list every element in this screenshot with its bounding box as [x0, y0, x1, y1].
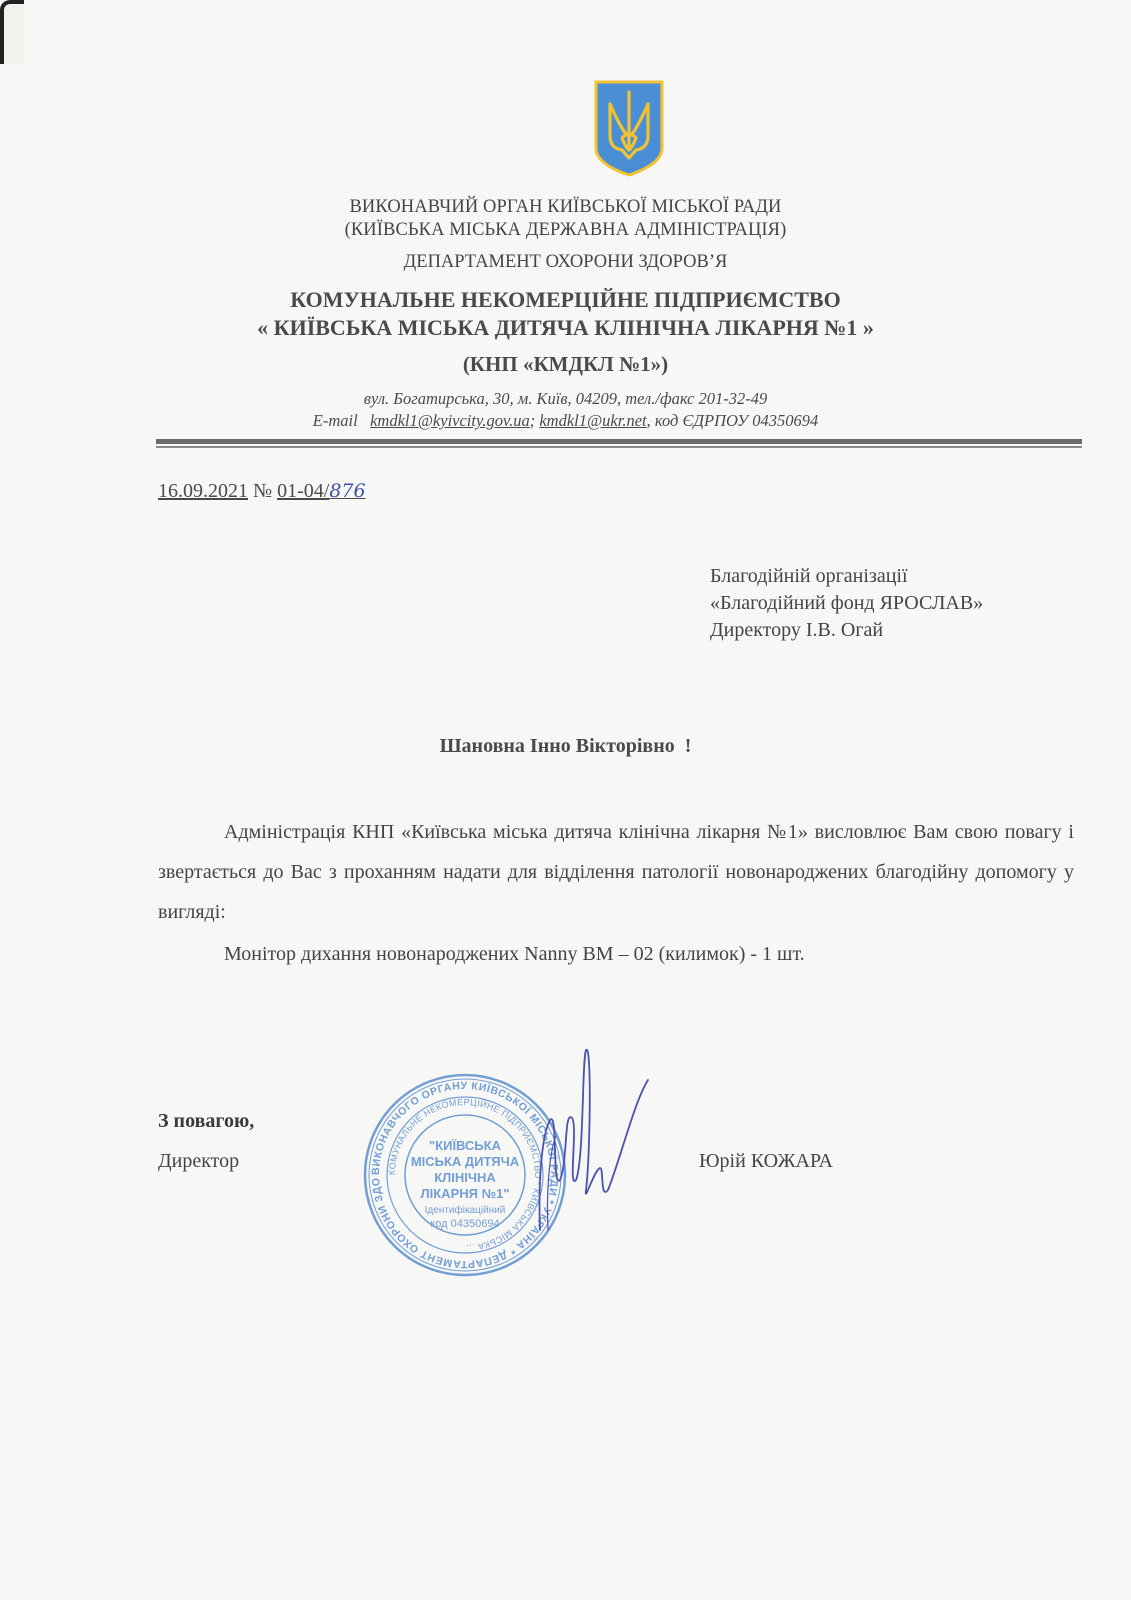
signature-icon: [520, 1040, 650, 1240]
addressee-block: Благодійній організації «Благодійний фон…: [710, 563, 983, 644]
header-organization: КОМУНАЛЬНЕ НЕКОМЕРЦІЙНЕ ПІДПРИЄМСТВО « К…: [0, 286, 1131, 342]
salutation-mark: !: [685, 735, 692, 757]
stamp-center-line2: МІСЬКА ДИТЯЧА: [411, 1154, 520, 1169]
header-line2: (КИЇВСЬКА МІСЬКА ДЕРЖАВНА АДМІНІСТРАЦІЯ): [0, 219, 1131, 242]
email-separator: ;: [530, 411, 536, 430]
email-link-ukrnet[interactable]: kmdkl1@ukr.net: [539, 411, 646, 430]
stamp-center-line6: код 04350694: [430, 1218, 499, 1230]
signatory-name: Юрій КОЖАРА: [699, 1150, 833, 1173]
header-department: ДЕПАРТАМЕНТ ОХОРОНИ ЗДОРОВ’Я: [0, 252, 1131, 273]
number-sign: №: [253, 480, 272, 502]
edrpou-code: , код ЄДРПОУ 04350694: [647, 411, 819, 430]
header-divider-thin: [156, 446, 1082, 448]
header-authority: ВИКОНАВЧИЙ ОРГАН КИЇВСЬКОЇ МІСЬКОЇ РАДИ …: [0, 196, 1131, 242]
header-line1: ВИКОНАВЧИЙ ОРГАН КИЇВСЬКОЇ МІСЬКОЇ РАДИ: [0, 196, 1131, 219]
signatory-position: Директор: [158, 1150, 239, 1173]
email-link-kyivcity[interactable]: kmdkl1@kyivcity.gov.ua: [370, 411, 530, 430]
closing-regards: З повагою,: [158, 1110, 254, 1133]
stamp-center-line3: КЛІНІЧНА: [434, 1170, 496, 1185]
addressee-line3: Директору І.В. Огай: [710, 617, 983, 644]
org-short-name: (КНП «КМДКЛ №1»): [0, 352, 1131, 377]
header-divider: [156, 439, 1082, 444]
coat-of-arms-icon: [592, 78, 666, 178]
stamp-center-line1: "КИЇВСЬКА: [429, 1138, 502, 1153]
stamp-center-line4: ЛІКАРНЯ №1": [421, 1186, 510, 1201]
handwritten-number: 876: [329, 480, 365, 502]
address-line: вул. Богатирська, 30, м. Київ, 04209, те…: [0, 388, 1131, 410]
letter-page: ВИКОНАВЧИЙ ОРГАН КИЇВСЬКОЇ МІСЬКОЇ РАДИ …: [0, 0, 1131, 1600]
requested-item: Монітор дихання новонароджених Nanny BM …: [158, 934, 1074, 974]
contact-block: вул. Богатирська, 30, м. Київ, 04209, те…: [0, 388, 1131, 432]
salutation-text: Шановна Інно Вікторівно: [440, 735, 675, 757]
org-line1: КОМУНАЛЬНЕ НЕКОМЕРЦІЙНЕ ПІДПРИЄМСТВО: [0, 286, 1131, 314]
addressee-line1: Благодійній організації: [710, 563, 983, 590]
salutation: Шановна Інно Вікторівно!: [0, 735, 1131, 758]
letter-body: Адміністрація КНП «Київська міська дитяч…: [158, 812, 1074, 974]
email-line: E-mail kmdkl1@kyivcity.gov.ua; kmdkl1@uk…: [0, 410, 1131, 432]
body-paragraph: Адміністрація КНП «Київська міська дитяч…: [158, 812, 1074, 932]
letter-date: 16.09.2021: [158, 480, 248, 502]
stamp-center-line5: Ідентифікаційний: [425, 1204, 506, 1216]
outgoing-reference: 16.09.2021 № 01-04/876: [158, 480, 366, 503]
org-line2: « КИЇВСЬКА МІСЬКА ДИТЯЧА КЛІНІЧНА ЛІКАРН…: [0, 314, 1131, 342]
email-label: E-mail: [313, 411, 358, 430]
addressee-line2: «Благодійний фонд ЯРОСЛАВ»: [710, 590, 983, 617]
number-prefix: 01-04/: [277, 480, 329, 502]
